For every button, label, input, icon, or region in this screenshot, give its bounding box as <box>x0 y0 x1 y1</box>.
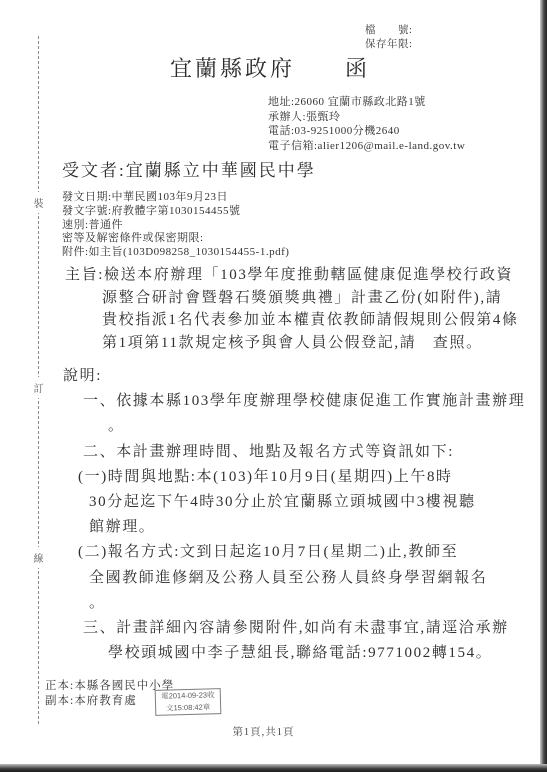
document-page: 裝 訂 線 檔 號: 保存年限: 宜蘭縣政府 函 地址:26060 宜蘭市縣政北… <box>0 0 547 772</box>
description-line: (二)報名方式:文到日起迄10月7日(星期二)止,教師至 <box>78 540 531 565</box>
subject-line: 主旨:檢送本府辦理「103學年度推動轄區健康促進學校行政資 <box>65 264 531 287</box>
binding-mark-ding: 訂 <box>31 377 46 398</box>
issue-date: 發文日期:中華民國103年9月23日 <box>62 191 289 205</box>
scan-edge-bottom <box>0 764 547 772</box>
description-line: 30分起迄下午4時30分止於宜蘭縣立頭城國中3樓視聽 <box>89 490 531 515</box>
description-line: 一、依據本縣103學年度辦理學校健康促進工作實施計畫辦理 <box>83 389 531 414</box>
speed-class: 速別:普通件 <box>62 219 289 233</box>
scan-edge-right <box>540 0 547 772</box>
agency-contact-block: 地址:26060 宜蘭市縣政北路1號 承辦人:張甄玲 電話:03-9251000… <box>268 95 465 153</box>
page-number-footer: 第1頁,共1頁 <box>0 724 527 739</box>
description-line: 學校頭城國中李子慧組長,聯絡電話:9771002轉154。 <box>108 641 531 666</box>
subject-line: 貴校指派1名代表參加並本權責依教師請假規則公假第4條 <box>102 309 531 332</box>
description-line: 二、本計畫辦理時間、地點及報名方式等資訊如下: <box>83 440 531 465</box>
agency-address: 地址:26060 宜蘭市縣政北路1號 <box>268 95 465 110</box>
description-line: 全國教師進修網及公務人員至公務人員終身學習網報名 <box>89 566 531 591</box>
description-line: 。 <box>108 414 531 439</box>
subject-line: 源整合研討會暨磐石獎頒獎典禮」計畫乙份(如附件),請 <box>102 287 531 310</box>
file-number-label: 檔 號: <box>365 24 412 38</box>
description-line: 。 <box>89 591 531 616</box>
recipient-line: 受文者:宜蘭縣立中華國民中學 <box>62 156 316 181</box>
binding-mark-xian: 線 <box>31 547 46 568</box>
description-line: 館辦理。 <box>89 515 531 540</box>
doc-number: 發文字號:府教體字第1030154455號 <box>62 205 289 219</box>
file-number-block: 檔 號: 保存年限: <box>365 24 412 52</box>
binding-mark-zhuang: 裝 <box>31 192 46 213</box>
stamp-date-line: 電2014-09-23收 <box>156 689 220 703</box>
retention-period-label: 保存年限: <box>365 38 412 52</box>
security-class: 密等及解密條件或保密期限: <box>62 232 289 246</box>
stamp-time-line: 文15:08:42章 <box>156 701 220 715</box>
contact-person: 承辦人:張甄玲 <box>268 110 465 125</box>
document-meta-block: 發文日期:中華民國103年9月23日 發文字號:府教體字第1030154455號… <box>62 191 289 260</box>
description-section: 說明: 一、依據本縣103學年度辦理學校健康促進工作實施計畫辦理 。 二、本計畫… <box>63 364 531 666</box>
contact-email: 電子信箱:alier1206@mail.e-land.gov.tw <box>268 139 465 154</box>
description-line: 三、計畫詳細內容請參閱附件,如尚有未盡事宜,請逕洽承辦 <box>83 616 531 641</box>
electronic-receipt-stamp: 電2014-09-23收 文15:08:42章 <box>155 688 222 716</box>
subject-line: 第1項第11款規定核予與會人員公假登記,請 查照。 <box>102 332 531 355</box>
subject-paragraph: 主旨:檢送本府辦理「103學年度推動轄區健康促進學校行政資 源整合研討會暨磐石獎… <box>65 264 531 354</box>
attachment-line: 附件:如主旨(103D098258_1030154455-1.pdf) <box>62 246 289 260</box>
contact-phone: 電話:03-9251000分機2640 <box>268 124 465 139</box>
description-label: 說明: <box>63 364 531 389</box>
document-title: 宜蘭縣政府 函 <box>0 52 540 83</box>
description-line: (一)時間與地點:本(103)年10月9日(星期四)上午8時 <box>78 465 531 490</box>
